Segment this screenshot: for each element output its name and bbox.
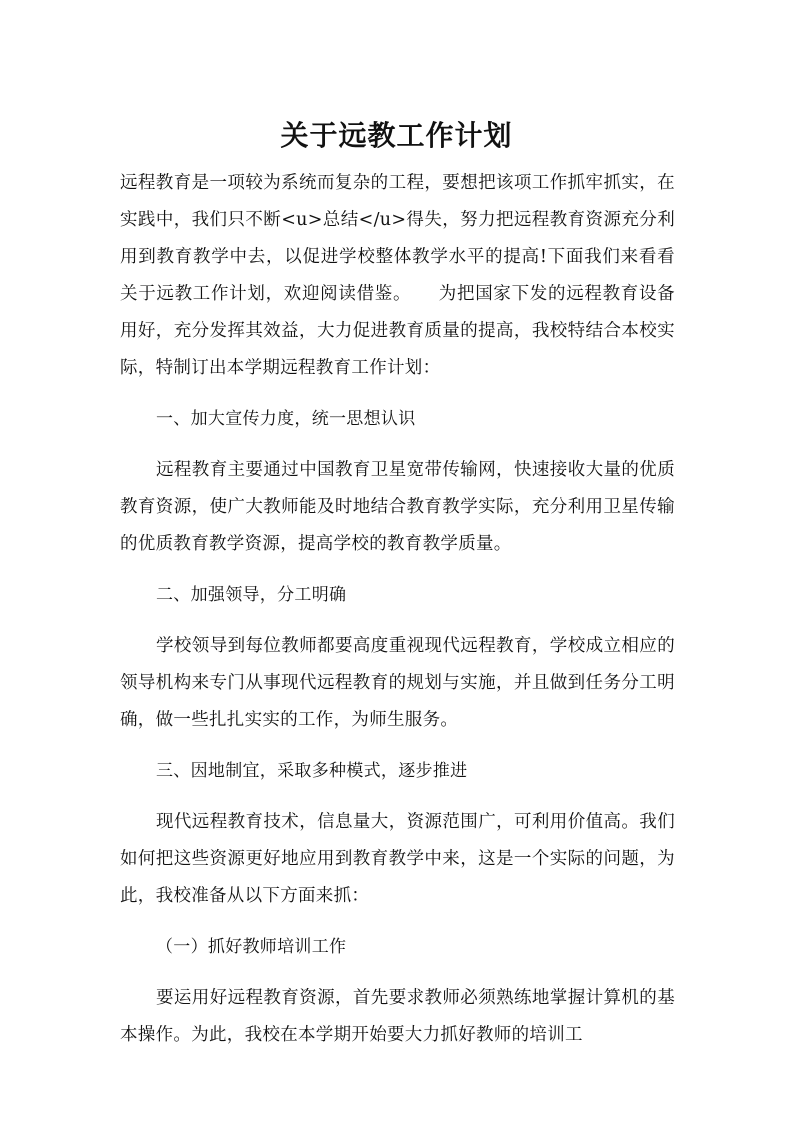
subsection-1-paragraph: 要运用好远程教育资源，首先要求教师必须熟练地掌握计算机的基本操作。为此，我校在本… <box>120 980 675 1054</box>
section-heading-3: 三、因地制宜，采取多种模式，逐步推进 <box>120 753 675 790</box>
section-heading-2: 二、加强领导，分工明确 <box>120 577 675 614</box>
section-3-paragraph: 现代远程教育技术，信息量大，资源范围广，可利用价值高。我们如何把这些资源更好地应… <box>120 804 675 915</box>
document-title: 关于远教工作计划 <box>0 116 793 156</box>
section-1-paragraph: 远程教育主要通过中国教育卫星宽带传输网，快速接收大量的优质教育资源，使广大教师能… <box>120 452 675 563</box>
subsection-heading-1: （一）抓好教师培训工作 <box>120 929 675 966</box>
document-body: 远程教育是一项较为系统而复杂的工程，要想把该项工作抓牢抓实，在实践中，我们只不断… <box>120 165 675 1054</box>
section-2-paragraph: 学校领导到每位教师都要高度重视现代远程教育，学校成立相应的领导机构来专门从事现代… <box>120 628 675 739</box>
intro-paragraph: 远程教育是一项较为系统而复杂的工程，要想把该项工作抓牢抓实，在实践中，我们只不断… <box>120 165 675 387</box>
section-heading-1: 一、加大宣传力度，统一思想认识 <box>120 401 675 438</box>
